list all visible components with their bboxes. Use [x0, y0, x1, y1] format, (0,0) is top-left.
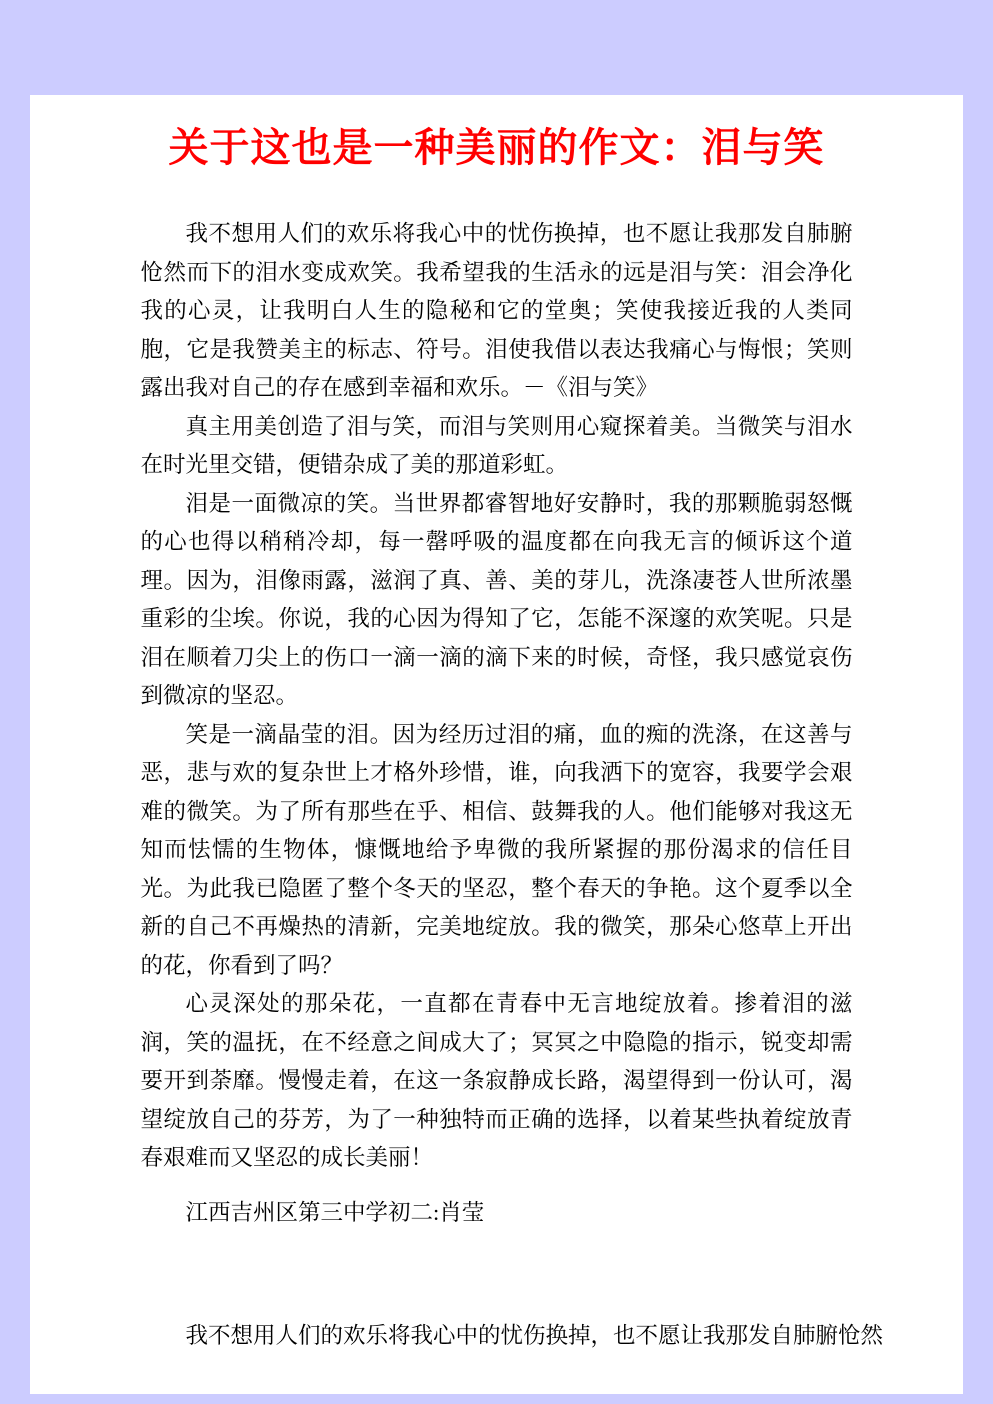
document-canvas: 关于这也是一种美丽的作文：泪与笑 我不想用人们的欢乐将我心中的忧伤换掉，也不愿让…: [0, 0, 993, 1404]
document-page: 关于这也是一种美丽的作文：泪与笑 我不想用人们的欢乐将我心中的忧伤换掉，也不愿让…: [30, 95, 963, 1394]
document-body: 我不想用人们的欢乐将我心中的忧伤换掉，也不愿让我那发自肺腑怆然而下的泪水变成欢笑…: [141, 215, 853, 1356]
paragraph-smile: 笑是一滴晶莹的泪。因为经历过泪的痛，血的痴的洗涤，在这善与恶，悲与欢的复杂世上才…: [141, 716, 853, 986]
paragraph-flower: 心灵深处的那朵花，一直都在青春中无言地绽放着。掺着泪的滋润，笑的温抚，在不经意之…: [141, 985, 853, 1178]
excerpt-line: 我不想用人们的欢乐将我心中的忧伤换掉，也不愿让我那发自肺腑怆然: [141, 1317, 853, 1356]
document-title: 关于这也是一种美丽的作文：泪与笑: [30, 125, 963, 171]
paragraph-rainbow: 真主用美创造了泪与笑，而泪与笑则用心窥探着美。当微笑与泪水在时光里交错，便错杂成…: [141, 408, 853, 485]
paragraph-intro-quote: 我不想用人们的欢乐将我心中的忧伤换掉，也不愿让我那发自肺腑怆然而下的泪水变成欢笑…: [141, 215, 853, 408]
paragraph-tears: 泪是一面微凉的笑。当世界都睿智地好安静时，我的那颗脆弱怒慨的心也得以稍稍冷却，每…: [141, 485, 853, 716]
author-signature: 江西吉州区第三中学初二:肖莹: [141, 1194, 853, 1233]
